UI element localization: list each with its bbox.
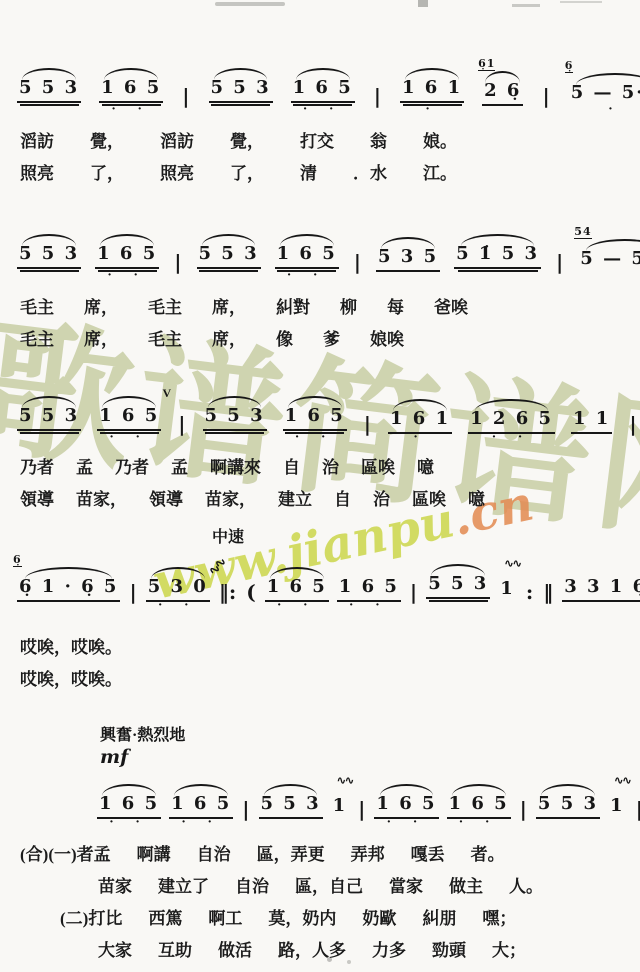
slur-arc bbox=[25, 567, 112, 579]
lyric-word: 路，人多 bbox=[278, 936, 346, 961]
lyric-word: 嘿； bbox=[482, 904, 516, 929]
beam-line bbox=[458, 270, 538, 272]
lyric-word: 大； bbox=[492, 936, 526, 961]
octave-dots: · · bbox=[387, 819, 427, 828]
note-numbers: 5 — 5·1̇ bbox=[578, 249, 640, 272]
lyrics-row: (二)打比西篤啊工莫，奶内奶歐糾朋嘿； bbox=[12, 904, 634, 929]
barline: | bbox=[242, 799, 249, 819]
note-numbers: 5 5 3 bbox=[17, 78, 81, 103]
notes-row: 5 5 3 1 6 5· ·|5 5 3 1 6 5· ·|1 6 1·6̣12… bbox=[12, 52, 634, 115]
scan-smudge bbox=[560, 1, 602, 3]
lyric-word: 力多 bbox=[372, 936, 406, 961]
note-group: 5 5 3 bbox=[197, 244, 261, 281]
lyrics-row: 領導苗家，領導苗家，建立自治區唉噫 bbox=[12, 485, 634, 510]
beam-line bbox=[20, 104, 79, 106]
lyric-word: (合)(一)者孟 bbox=[20, 840, 111, 865]
lyric-word: 爸唉 bbox=[434, 293, 468, 318]
lyric-word: 娘唉 bbox=[370, 325, 404, 350]
note-numbers: 1 6 5 bbox=[99, 78, 163, 103]
lyric-word: 嘎丢 bbox=[411, 840, 445, 865]
note-group: 1 2 6 5· · bbox=[468, 409, 555, 443]
lyric-word: ．水 bbox=[353, 159, 387, 184]
slur-arc bbox=[288, 396, 342, 408]
slur-arc bbox=[100, 234, 154, 246]
note-numbers: 5 5 3 bbox=[17, 406, 81, 431]
note-numbers: 1 6 5 bbox=[97, 406, 161, 431]
note-group: 5 5 3 bbox=[209, 78, 273, 115]
lyrics-row: 大家互助做活路，人多力多勁頭大； bbox=[12, 936, 634, 961]
octave-dots: · · bbox=[109, 819, 149, 828]
barline: : bbox=[526, 582, 533, 602]
music-system: 興奮·熱烈地mf1 6 5· ·1 6 5· ·|5 5 3 ∿∿1 |1 6 … bbox=[12, 726, 634, 961]
slur-arc bbox=[151, 567, 205, 579]
lyrics-row: (合)(一)者孟啊講自治區，弄更弄邦嘎丢者。 bbox=[12, 840, 634, 865]
lyric-word: 清 bbox=[300, 159, 317, 184]
note-group: 1 6 5· · bbox=[447, 794, 511, 828]
barline: | bbox=[129, 582, 136, 602]
lyric-word: 照亮 bbox=[20, 159, 54, 184]
lyric-word: 打交 bbox=[300, 127, 334, 152]
note-numbers: 5 5 3 bbox=[536, 794, 600, 819]
note-numbers: 1 6 5 bbox=[95, 244, 159, 269]
note-numbers: 2 6̣ bbox=[482, 81, 523, 106]
lyric-word: 者。 bbox=[471, 840, 505, 865]
slur-arc bbox=[461, 234, 534, 246]
lyric-word: 糾對 bbox=[276, 293, 310, 318]
octave-dots: · bbox=[425, 106, 439, 115]
lyric-word: 奶歐 bbox=[362, 904, 396, 929]
lyric-word: 自 bbox=[334, 485, 351, 510]
music-system: 5 5 3 1 6 5· ·|5 5 3 1 6 5· ·|1 6 1·6̣12… bbox=[12, 52, 634, 184]
octave-dots: · · bbox=[181, 819, 221, 828]
lyric-word: 莫，奶内 bbox=[268, 904, 336, 929]
barline: ( bbox=[246, 582, 255, 602]
mordent-icon: ∿∿ bbox=[614, 774, 630, 787]
slur-arc bbox=[380, 784, 434, 796]
lyric-word: 區唉 bbox=[412, 485, 446, 510]
gliss-wavy-icon: ∿∿ bbox=[205, 555, 229, 579]
lyric-word: 照亮 bbox=[160, 159, 194, 184]
octave-dots: · · bbox=[287, 272, 327, 281]
lyric-word: 覺， bbox=[90, 127, 124, 152]
slur-arc bbox=[280, 234, 334, 246]
note-group: 1 6 5· · bbox=[99, 78, 163, 115]
slur-arc bbox=[214, 68, 268, 80]
lyrics-row: 毛主席，毛主席，像爹娘唉 bbox=[12, 325, 634, 350]
lyric-word: 啊講來 bbox=[210, 453, 261, 478]
lyric-word: 每 bbox=[387, 293, 404, 318]
lyric-word: 孟 bbox=[171, 453, 188, 478]
note-group: 1 6 5· · bbox=[337, 577, 401, 611]
octave-dots: · bbox=[608, 106, 622, 115]
note-group: 6̣6̣ 1 · 6̣ 5 bbox=[17, 577, 120, 611]
beam-line bbox=[199, 270, 258, 272]
lyric-word: 人。 bbox=[509, 872, 543, 897]
grace-notes: 6̣ bbox=[565, 59, 574, 73]
dynamics-label: mf bbox=[100, 746, 634, 768]
slur-arc bbox=[270, 567, 324, 579]
lyric-word: 苗家， bbox=[76, 485, 127, 510]
lyric-word: 了， bbox=[90, 159, 124, 184]
notes-row: 1 6 5· ·1 6 5· ·|5 5 3 ∿∿1 |1 6 5· ·1 6 … bbox=[12, 768, 634, 828]
slur-arc bbox=[102, 396, 156, 408]
note-numbers: 1 6 5 bbox=[283, 406, 347, 431]
note-numbers: 5 5 3 bbox=[17, 244, 81, 269]
note-group: 6̣12 6̣ bbox=[482, 81, 523, 115]
barline: | bbox=[636, 799, 640, 819]
note-numbers: 3 3 1 6̣ bbox=[562, 577, 640, 602]
lyric-word: 翁 bbox=[370, 127, 387, 152]
barline: | bbox=[520, 799, 527, 819]
lyric-word: 互助 bbox=[158, 936, 192, 961]
lyric-word: 做活 bbox=[218, 936, 252, 961]
note-numbers: 5 5 3 bbox=[203, 406, 267, 431]
notes-row: 5 5 3 1 6 5· ·|5 5 3 1 6 5· ·|5 3 5 5 1̇… bbox=[12, 218, 634, 281]
notes-row: 5 5 3 V1 6 5· ·|5 5 3 1 6 5· ·|1 6 1·1 2… bbox=[12, 380, 634, 443]
slur-arc bbox=[202, 234, 256, 246]
music-system: 5 5 3 1 6 5· ·|5 5 3 1 6 5· ·|5 3 5 5 1̇… bbox=[12, 218, 634, 350]
slur-arc bbox=[586, 239, 640, 251]
slur-arc bbox=[22, 234, 76, 246]
lyric-word: 席， bbox=[212, 325, 246, 350]
notes-row: 6̣6̣ 1 · 6̣ 5 |∿∿5 3 0· ·‖:(1 6 5· ·1 6 … bbox=[12, 548, 634, 611]
expression-label: 興奮·熱烈地 bbox=[100, 726, 634, 746]
lyric-word: (二)打比 bbox=[60, 904, 122, 929]
octave-dots: · · bbox=[109, 434, 149, 443]
lyric-word: 領導 bbox=[149, 485, 183, 510]
note-group: 1 6 5· · bbox=[169, 794, 233, 828]
lyric-word: 柳 bbox=[340, 293, 357, 318]
note-numbers: 1 6 1 bbox=[400, 78, 464, 103]
lyric-word: 苗家， bbox=[205, 485, 256, 510]
beam-line bbox=[20, 270, 79, 272]
note-numbers: 1 1 bbox=[571, 409, 612, 434]
lyric-word: 區，自己 bbox=[295, 872, 363, 897]
note-numbers: 5 5 3 bbox=[426, 574, 490, 599]
note-group: 1 6 5· · bbox=[283, 406, 347, 443]
barline: | bbox=[410, 582, 417, 602]
lyric-word: 孟 bbox=[76, 453, 93, 478]
octave-dots: · bbox=[413, 434, 427, 443]
slur-arc bbox=[381, 237, 435, 249]
lyric-word: 治 bbox=[373, 485, 390, 510]
barline: | bbox=[364, 414, 371, 434]
note-numbers: 5 5 3 bbox=[197, 244, 261, 269]
lyric-word: 哎唉，哎唉。 bbox=[20, 633, 122, 658]
note-group: 5 5 3 bbox=[426, 574, 490, 611]
note-group: 1 6 1· bbox=[400, 78, 464, 115]
lyric-word: 席， bbox=[84, 293, 118, 318]
lyric-word: 江。 bbox=[423, 159, 457, 184]
slur-arc bbox=[576, 73, 640, 85]
lyric-word: 毛主 bbox=[20, 293, 54, 318]
barline: | bbox=[629, 414, 636, 434]
lyric-word: 領導 bbox=[20, 485, 54, 510]
note-numbers: 5 5 3 bbox=[259, 794, 323, 819]
slur-arc bbox=[208, 396, 262, 408]
note-group: 5 5 3 bbox=[536, 794, 600, 828]
lyrics-row: 哎唉，哎唉。 bbox=[12, 665, 634, 690]
tempo-label: 中速 bbox=[212, 528, 634, 548]
octave-dots: · · bbox=[459, 819, 499, 828]
lyric-word: 治 bbox=[322, 453, 339, 478]
lyric-word: 毛主 bbox=[148, 325, 182, 350]
note-group: 1 1 bbox=[571, 409, 612, 443]
note-group: 3 3 1 6̣ bbox=[562, 577, 640, 611]
note-numbers: 5 1̇ 5 3 bbox=[454, 244, 541, 269]
slur-arc bbox=[22, 68, 76, 80]
slur-arc bbox=[102, 784, 156, 796]
barline: | bbox=[556, 252, 563, 272]
lyrics-row: 哎唉，哎唉。 bbox=[12, 633, 634, 658]
lyric-word: 當家 bbox=[389, 872, 423, 897]
lyric-word: 像 bbox=[276, 325, 293, 350]
grace-notes: 6̣1 bbox=[478, 57, 495, 71]
lyric-word: 勁頭 bbox=[432, 936, 466, 961]
lyric-word: 自 bbox=[283, 453, 300, 478]
beam-line bbox=[20, 432, 79, 434]
beam-line bbox=[205, 432, 264, 434]
octave-dots: · · bbox=[349, 602, 389, 611]
lyric-word: 毛主 bbox=[20, 325, 54, 350]
lyric-word: 糾朋 bbox=[422, 904, 456, 929]
grace-notes: 54 bbox=[574, 225, 591, 239]
scan-smudge bbox=[215, 2, 285, 6]
lyric-word: 覺， bbox=[230, 127, 264, 152]
note-group: 5 3 5 bbox=[376, 247, 440, 281]
barline: | bbox=[374, 86, 381, 106]
note-numbers: 5 — 5·3 bbox=[569, 83, 640, 106]
breath-mark-icon: V bbox=[163, 386, 172, 401]
lyric-word: 啊工 bbox=[208, 904, 242, 929]
beam-line bbox=[429, 600, 488, 602]
lyric-word: 噫 bbox=[417, 453, 434, 478]
mordent-icon: ∿∿ bbox=[504, 557, 520, 570]
slur-arc bbox=[485, 71, 520, 83]
scan-smudge bbox=[512, 4, 540, 7]
lyric-word: 做主 bbox=[449, 872, 483, 897]
barline: ‖ bbox=[543, 582, 553, 602]
lyrics-row: 毛主席，毛主席，糾對柳每爸唉 bbox=[12, 293, 634, 318]
lyric-word: 建立 bbox=[278, 485, 312, 510]
octave-dots: · · bbox=[111, 106, 151, 115]
lyric-word: 自治 bbox=[197, 840, 231, 865]
lyric-word: 哎唉，哎唉。 bbox=[20, 665, 122, 690]
note-numbers: 6̣ 1 · 6̣ 5 bbox=[17, 577, 120, 602]
note-group: 5 5 3 bbox=[17, 78, 81, 115]
barline: | bbox=[174, 252, 181, 272]
slur-arc bbox=[541, 784, 595, 796]
lyric-word: 爹 bbox=[323, 325, 340, 350]
note-group: ∿∿5 3 0· · bbox=[146, 577, 210, 611]
note-numbers: 1 6 5 bbox=[275, 244, 339, 269]
note-numbers: 1 6 5 bbox=[291, 78, 355, 103]
note-group: ∿∿1 bbox=[498, 579, 517, 611]
note-group: 1 6 5· · bbox=[97, 794, 161, 828]
lyric-word: 大家 bbox=[98, 936, 132, 961]
slur-arc bbox=[452, 784, 506, 796]
mordent-icon: ∿∿ bbox=[337, 774, 353, 787]
note-group: 6̣5 — 5·3· bbox=[569, 83, 640, 115]
lyric-word: 娘。 bbox=[423, 127, 457, 152]
barline: | bbox=[358, 799, 365, 819]
scan-smudge bbox=[418, 0, 428, 7]
lyrics-row: 乃者孟乃者孟啊講來自治區唉噫 bbox=[12, 453, 634, 478]
note-group: 5 5 3 bbox=[259, 794, 323, 828]
slur-arc bbox=[174, 784, 228, 796]
octave-dots: · · bbox=[158, 602, 198, 611]
lyric-word: 了， bbox=[230, 159, 264, 184]
octave-dots: · · bbox=[303, 106, 343, 115]
note-group: ∿∿1 bbox=[331, 796, 350, 828]
octave-dots: · · bbox=[492, 434, 532, 443]
music-system: 5 5 3 V1 6 5· ·|5 5 3 1 6 5· ·|1 6 1·1 2… bbox=[12, 380, 634, 510]
octave-dots: · · bbox=[107, 272, 147, 281]
lyrics-row: 照亮了，照亮了，清．水江。 bbox=[12, 159, 634, 184]
note-group: 1 6 5· · bbox=[265, 577, 329, 611]
slur-arc bbox=[431, 564, 485, 576]
beam-line bbox=[211, 104, 270, 106]
lyric-word: 滔訪 bbox=[20, 127, 54, 152]
slur-arc bbox=[393, 399, 447, 411]
note-group: 54∿∿5 — 5·1̇ bbox=[578, 249, 640, 281]
note-numbers: 1 bbox=[498, 579, 517, 602]
note-group: ∿∿1 bbox=[608, 796, 627, 828]
note-group: 5 5 3 bbox=[17, 244, 81, 281]
note-group: 5 5 3 bbox=[17, 406, 81, 443]
note-group: 1 6 1· bbox=[388, 409, 452, 443]
lyric-word: 乃者 bbox=[115, 453, 149, 478]
lyric-word: 乃者 bbox=[20, 453, 54, 478]
lyric-word: 區，弄更 bbox=[257, 840, 325, 865]
lyrics-row: 滔訪覺，滔訪覺，打交翁娘。 bbox=[12, 127, 634, 152]
lyric-word: 弄邦 bbox=[351, 840, 385, 865]
score-page: 歌谱简谱网 www.jianpu.cn 5 5 3 1 6 5· ·|5 5 3… bbox=[0, 0, 640, 972]
note-group: 5 5 3 bbox=[203, 406, 267, 443]
barline: | bbox=[542, 86, 549, 106]
note-group: 1 6 5· · bbox=[291, 78, 355, 115]
octave-dots: · · bbox=[295, 434, 335, 443]
slur-arc bbox=[22, 396, 76, 408]
note-group: 1 6 5· · bbox=[275, 244, 339, 281]
lyrics-row: 苗家建立了自治區，自己當家做主人。 bbox=[12, 872, 634, 897]
note-numbers: 1 bbox=[608, 796, 627, 819]
slur-arc bbox=[264, 784, 318, 796]
note-group: 1 6 5· · bbox=[374, 794, 438, 828]
lyric-word: 噫 bbox=[468, 485, 485, 510]
lyric-word: 席， bbox=[212, 293, 246, 318]
lyric-word: 建立了 bbox=[158, 872, 209, 897]
slur-arc bbox=[475, 399, 548, 411]
lyric-word: 滔訪 bbox=[160, 127, 194, 152]
lyric-word: 區唉 bbox=[361, 453, 395, 478]
lyric-word: 席， bbox=[84, 325, 118, 350]
lyric-word: 自治 bbox=[235, 872, 269, 897]
note-group: 1 6 5· · bbox=[95, 244, 159, 281]
lyric-word: 啊講 bbox=[137, 840, 171, 865]
slur-arc bbox=[296, 68, 350, 80]
octave-dots: · · bbox=[277, 602, 317, 611]
music-system: 中速6̣6̣ 1 · 6̣ 5 |∿∿5 3 0· ·‖:(1 6 5· ·1 … bbox=[12, 528, 634, 690]
grace-notes: 6̣ bbox=[13, 553, 22, 567]
barline: | bbox=[354, 252, 361, 272]
note-group: 5 1̇ 5 3 bbox=[454, 244, 541, 281]
note-numbers: 1 bbox=[331, 796, 350, 819]
slur-arc bbox=[104, 68, 158, 80]
note-numbers: 5 5 3 bbox=[209, 78, 273, 103]
barline: | bbox=[178, 414, 185, 434]
barline: | bbox=[182, 86, 189, 106]
lyric-word: 毛主 bbox=[148, 293, 182, 318]
slur-arc bbox=[405, 68, 459, 80]
note-numbers: 5 3 5 bbox=[376, 247, 440, 272]
lyric-word: 西篤 bbox=[148, 904, 182, 929]
barline: ‖: bbox=[219, 582, 236, 602]
note-group: V1 6 5· · bbox=[97, 406, 161, 443]
lyric-word: 苗家 bbox=[98, 872, 132, 897]
